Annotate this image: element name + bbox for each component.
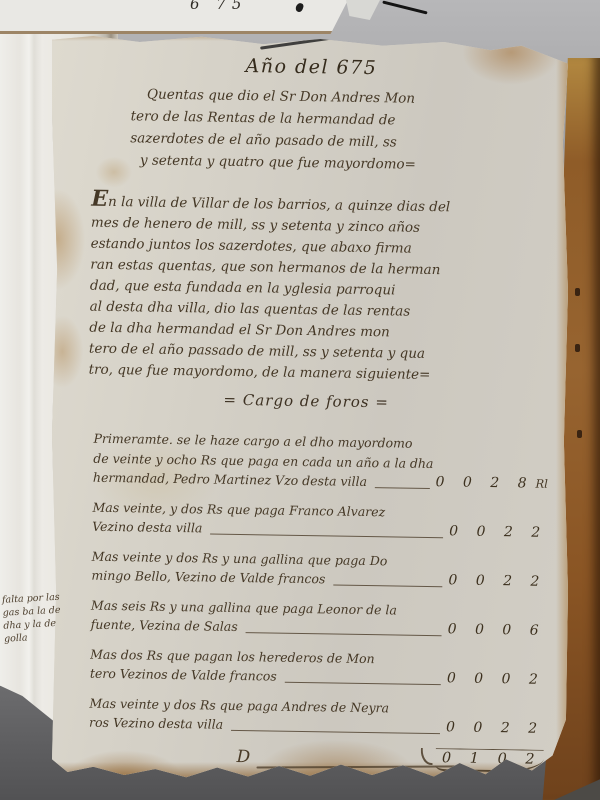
binding-stitch (575, 344, 580, 352)
margin-note: falta por las gas ba la de dha y la de g… (2, 590, 71, 645)
intro-paragraph: Quentas que dio el Sr Don Andres Mon ter… (130, 83, 513, 177)
total-row: 0 1 0 2 (88, 742, 543, 773)
ledger-entry: Mas veinte y dos Rs que paga Andres de N… (89, 693, 545, 739)
manuscript-page: Año del 675 Quentas que dio el Sr Don An… (52, 30, 568, 778)
entry-amount: 0 0 0 2 (447, 669, 545, 690)
entry-line: fuente, Vezina de Salas (91, 615, 238, 637)
dash-leader (333, 584, 442, 587)
dash-leader (210, 533, 443, 538)
entry-amount: 0 0 2 2 (446, 718, 544, 739)
ledger-entry: Primeramte. se le haze cargo a el dho ma… (93, 429, 549, 495)
ledger-entry: Mas seis Rs y una gallina que paga Leono… (91, 595, 547, 641)
entry-line: hermandad, Pedro Martinez Vzo desta vill… (93, 468, 367, 492)
entry-line: tero Vezinos de Valde francos (90, 664, 277, 686)
sum-bracket (421, 747, 433, 764)
binding-stitch (577, 430, 582, 438)
dash-leader (246, 632, 442, 636)
entry-line: Vezino desta villa (92, 517, 202, 538)
intro-line: y setenta y quatro que fue mayordomo= (140, 149, 512, 177)
ledger-entry: Mas dos Rs que pagan los herederos de Mo… (90, 644, 546, 690)
entry-amount: 0 0 0 6 (447, 620, 545, 641)
ledger-entries: Primeramte. se le haze cargo a el dho ma… (88, 429, 548, 773)
manuscript-photo: 6 75 Año del 675 Quentas que dio el Sr D… (0, 0, 600, 800)
catchword: D (236, 747, 250, 767)
binding-stitch (575, 288, 580, 296)
page-title: Año del 675 (179, 54, 443, 80)
entry-amount: 0 0 2 2 (448, 571, 546, 592)
section-heading: = Cargo de foros = (174, 390, 438, 412)
entry-amount: 0 0 2 2 (449, 522, 547, 543)
body-paragraph: En la villa de Villar de los barrios, a … (88, 189, 547, 388)
ledger-entry: Mas veinte y dos Rs y una gallina que pa… (91, 546, 547, 592)
folio-fragment: 6 75 (190, 0, 247, 13)
entry-line: mingo Bello, Vezino de Valde francos (91, 566, 325, 589)
ledger-entry: Mas veinte, y dos Rs que paga Franco Alv… (92, 497, 548, 543)
page-content: Año del 675 Quentas que dio el Sr Don An… (40, 30, 568, 786)
dash-leader (231, 729, 440, 733)
entry-amount: 0 0 2 8 (435, 473, 533, 494)
entry-line: ros Vezino desta villa (89, 713, 223, 735)
entry-unit: Rl (535, 475, 548, 495)
dash-leader (285, 681, 441, 684)
dash-leader (375, 487, 430, 489)
